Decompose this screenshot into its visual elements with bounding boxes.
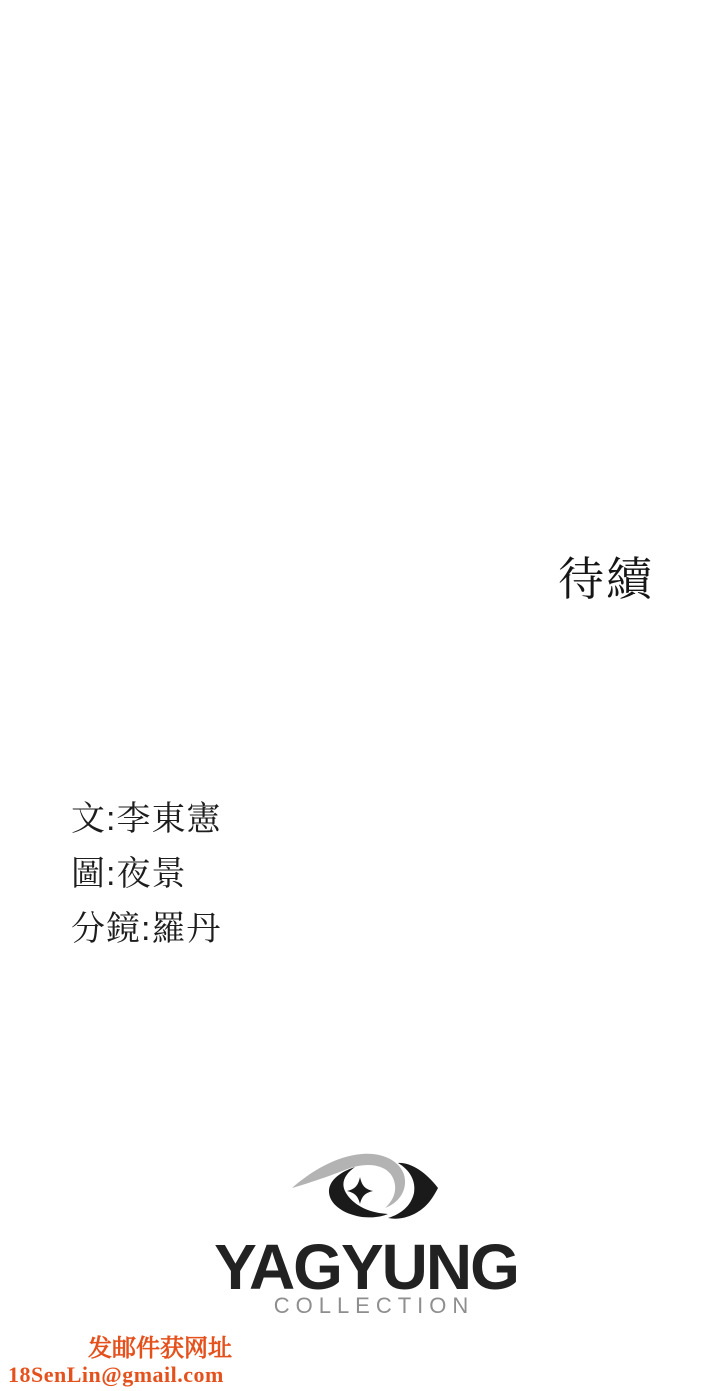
credits-block: 文:李東憲 圖:夜景 分鏡:羅丹 bbox=[71, 792, 221, 957]
to-be-continued-text: 待續 bbox=[558, 556, 654, 602]
credit-artist: 圖:夜景 bbox=[71, 847, 221, 902]
eye-with-sparkle-icon bbox=[288, 1148, 444, 1224]
comic-ending-page: 待續 文:李東憲 圖:夜景 分鏡:羅丹 YAGYUNG COLLECTION 发… bbox=[0, 0, 720, 1391]
credit-writer: 文:李東憲 bbox=[71, 792, 221, 847]
brand-subtitle: COLLECTION bbox=[14, 1295, 720, 1317]
credit-storyboard: 分鏡:羅丹 bbox=[71, 902, 221, 957]
watermark-email: 18SenLin@gmail.com bbox=[8, 1362, 224, 1387]
watermark-text: 发邮件获网址 bbox=[88, 1337, 232, 1362]
brand-name: YAGYUNG bbox=[6, 1235, 720, 1299]
